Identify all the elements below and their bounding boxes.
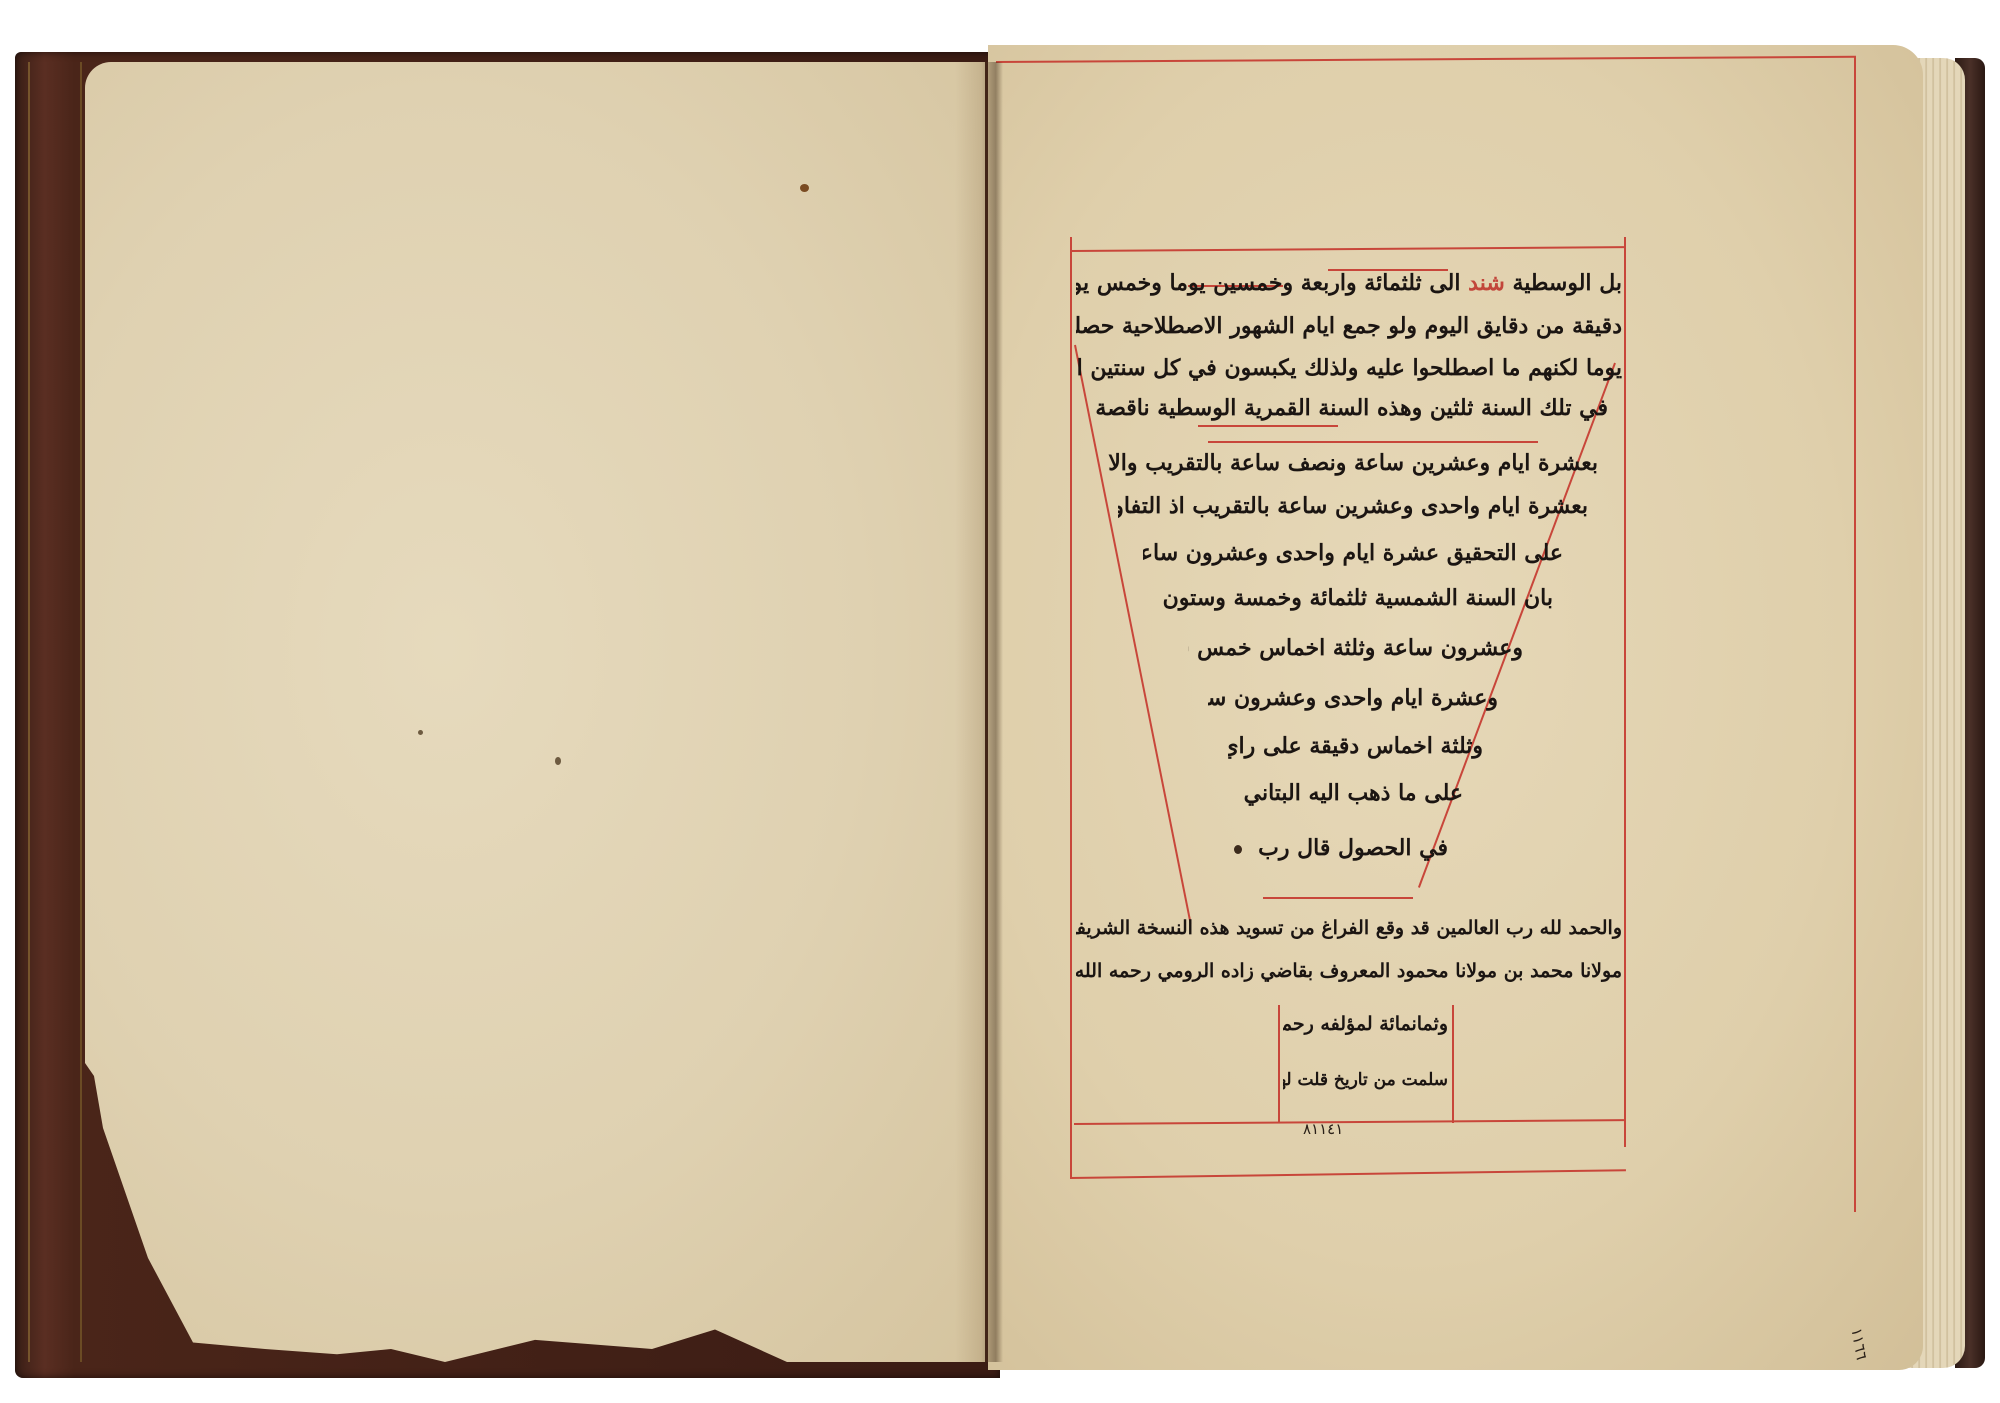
book-gutter	[955, 62, 1003, 1362]
text-line: على ما ذهب اليه البتاني ذلك التحقيق عندي…	[1238, 780, 1463, 806]
trapezoid-left-diagonal	[1074, 345, 1192, 924]
text-line: والحمد لله رب العالمين قد وقع الفراغ من …	[1076, 917, 1622, 939]
text-line: وعشرة ايام واحدى وعشرون ساعة الا دقيقة	[1208, 685, 1498, 711]
text-line: بعشرة ايام واحدى وعشرين ساعة بالتقريب اذ…	[1118, 493, 1588, 519]
ink-blot	[1234, 845, 1242, 854]
rubric-word: شند	[1468, 270, 1505, 296]
text-line: دقيقة من دقايق اليوم ولو جمع ايام الشهور…	[1076, 313, 1622, 339]
outer-frame-right-rule	[1854, 57, 1856, 1212]
colophon-box-left-rule	[1278, 1005, 1280, 1123]
colophon-line: وثمانمائة لمؤلفه رحمه الله	[1283, 1013, 1448, 1035]
text-block-top-rule	[1072, 246, 1624, 252]
text-block-left-rule	[1070, 237, 1072, 1177]
right-page-text: بل الوسطية شند الى ثلثمائة واربعة وخمسين…	[988, 45, 1923, 1370]
text-line: وثلثة اخماس دقيقة على راي بن الشاطر	[1228, 733, 1483, 759]
gilt-border-tooling	[28, 62, 82, 1362]
text-block-right-rule	[1624, 237, 1626, 1147]
text-line: على التحقيق عشرة ايام واحدى وعشرون ساعة …	[1143, 540, 1563, 566]
marginal-number: ٨١١٤١	[1303, 1120, 1343, 1138]
text-line: بل الوسطية شند الى ثلثمائة واربعة وخمسين…	[1076, 270, 1622, 296]
trapezoid-bottom-rule	[1263, 897, 1413, 899]
colophon-box-right-rule	[1452, 1005, 1454, 1123]
foxing-spot	[418, 730, 423, 735]
text-line: في تلك السنة ثلثين وهذه السنة القمرية ال…	[1088, 395, 1608, 421]
text-line: يوما لكنهم ما اصطلحوا عليه ولذلك يكبسون …	[1076, 355, 1622, 381]
rubric-overline	[1198, 425, 1338, 427]
text-line: بعشرة ايام وعشرين ساعة ونصف ساعة بالتقري…	[1108, 450, 1598, 476]
colophon-line: سلمت من تاريخ قلت لهم وارخوا	[1283, 1070, 1448, 1090]
trapezoid-top-rule	[1208, 441, 1538, 443]
folio-number: ١١٦٦	[1847, 1327, 1870, 1362]
text-line: بان السنة الشمسية ثلثمائة وخمسة وستون يو…	[1158, 585, 1553, 611]
text-line: مولانا محمد بن مولانا محمود المعروف بقاض…	[1076, 960, 1622, 982]
foxing-spot	[800, 184, 809, 192]
left-page-blank-flyleaf	[85, 62, 985, 1362]
text-block-bottom-rule	[1070, 1169, 1626, 1179]
foxing-spot	[555, 757, 561, 765]
outer-frame-top-rule	[996, 56, 1856, 63]
text-line: في الحصول قال رب العالمين	[1253, 835, 1448, 861]
colophon-box-bottom-rule	[1074, 1119, 1624, 1125]
text-line: وعشرون ساعة وثلثة اخماس خمس ساعة على راي…	[1188, 635, 1523, 661]
